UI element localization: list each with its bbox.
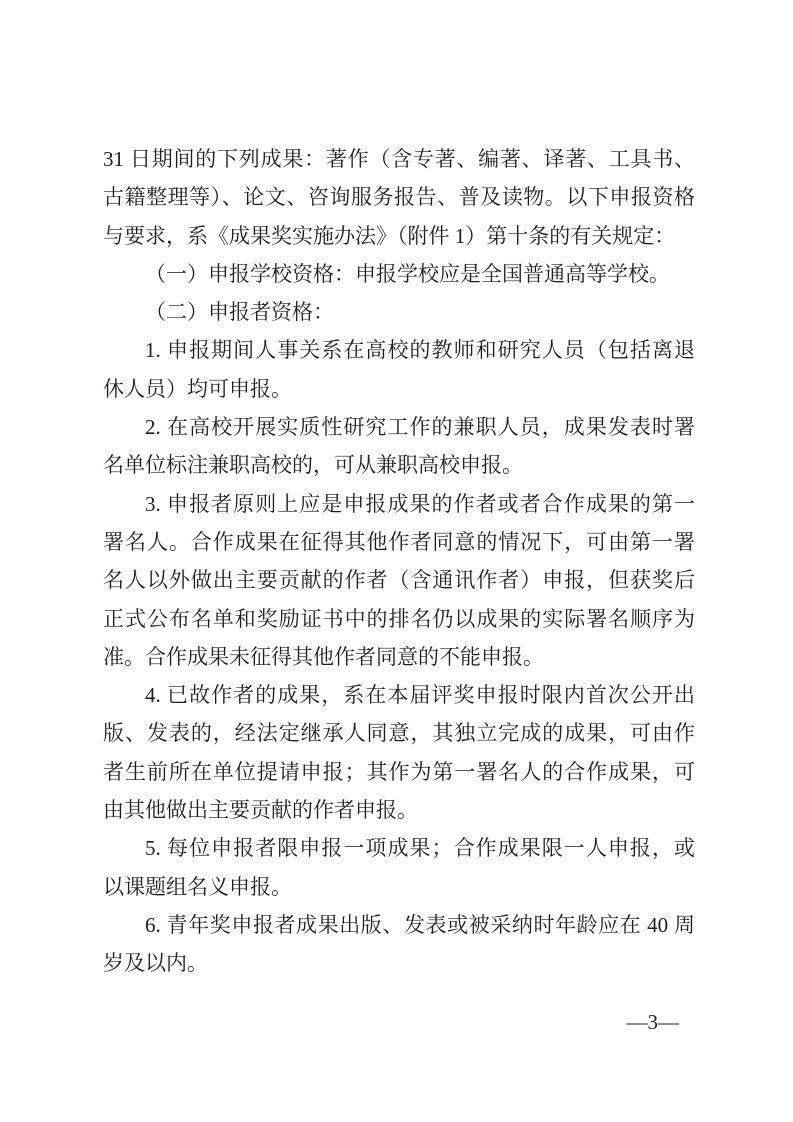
- text-line: 休人员）均可申报。: [103, 370, 695, 408]
- text-line: 3. 申报者原则上应是申报成果的作者或者合作成果的第一: [103, 485, 695, 523]
- text-line: 岁及以内。: [103, 944, 695, 982]
- text-line: 版、发表的，经法定继承人同意，其独立完成的成果，可由作: [103, 714, 695, 752]
- text-line: 5. 每位申报者限申报一项成果；合作成果限一人申报，或: [103, 829, 695, 867]
- text-line: 者生前所在单位提请申报；其作为第一署名人的合作成果，可: [103, 753, 695, 791]
- text-line: 名单位标注兼职高校的，可从兼职高校申报。: [103, 446, 695, 484]
- text-line: 古籍整理等）、论文、咨询服务报告、普及读物。以下申报资格: [103, 178, 695, 216]
- text-line: （二）申报者资格：: [103, 293, 695, 331]
- text-line: 1. 申报期间人事关系在高校的教师和研究人员（包括离退: [103, 331, 695, 369]
- text-line: 正式公布名单和奖励证书中的排名仍以成果的实际署名顺序为: [103, 600, 695, 638]
- text-line: 署名人。合作成果在征得其他作者同意的情况下，可由第一署: [103, 523, 695, 561]
- page-number: —3—: [627, 1010, 680, 1034]
- text-line: （一）申报学校资格：申报学校应是全国普通高等学校。: [103, 255, 695, 293]
- text-line: 由其他做出主要贡献的作者申报。: [103, 791, 695, 829]
- text-line: 6. 青年奖申报者成果出版、发表或被采纳时年龄应在 40 周: [103, 906, 695, 944]
- text-line: 名人以外做出主要贡献的作者（含通讯作者）申报，但获奖后: [103, 561, 695, 599]
- text-line: 31 日期间的下列成果：著作（含专著、编著、译著、工具书、: [103, 140, 695, 178]
- text-line: 4. 已故作者的成果，系在本届评奖申报时限内首次公开出: [103, 676, 695, 714]
- text-line: 准。合作成果未征得其他作者同意的不能申报。: [103, 638, 695, 676]
- text-line: 与要求，系《成果奖实施办法》（附件 1）第十条的有关规定：: [103, 217, 695, 255]
- body-text: 31 日期间的下列成果：著作（含专著、编著、译著、工具书、古籍整理等）、论文、咨…: [103, 140, 695, 983]
- document-page: 31 日期间的下列成果：著作（含专著、编著、译著、工具书、古籍整理等）、论文、咨…: [0, 0, 793, 1122]
- text-line: 2. 在高校开展实质性研究工作的兼职人员，成果发表时署: [103, 408, 695, 446]
- text-line: 以课题组名义申报。: [103, 868, 695, 906]
